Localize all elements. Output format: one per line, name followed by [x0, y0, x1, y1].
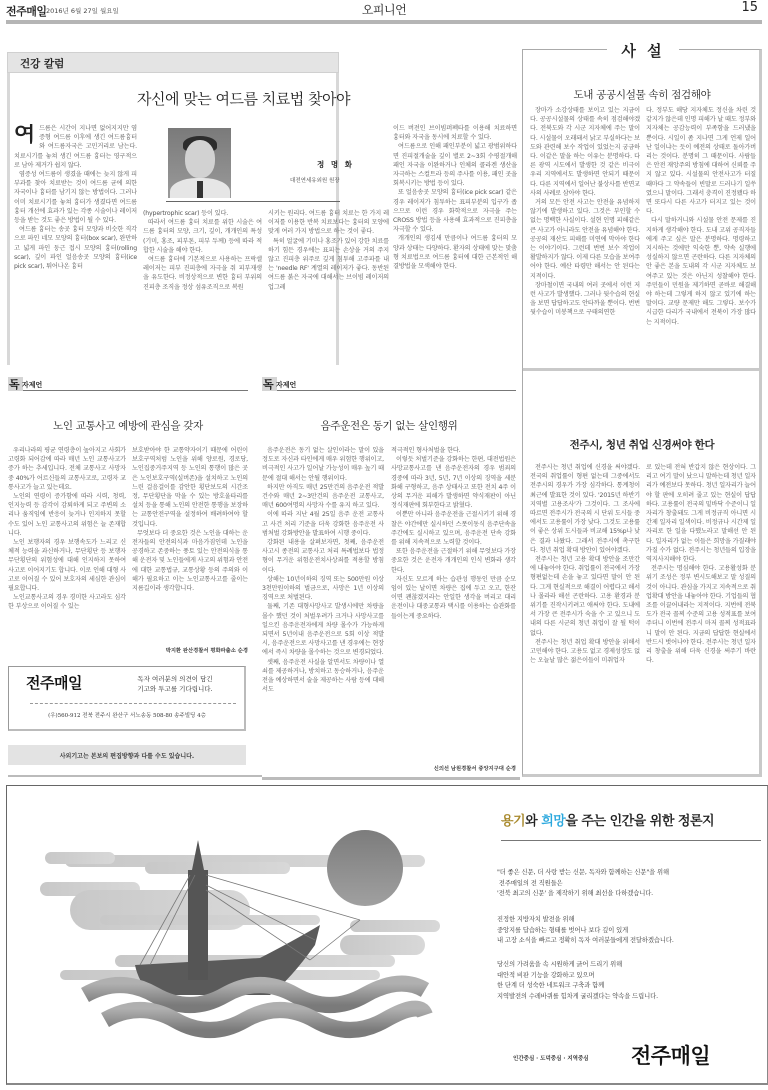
section-divider	[262, 777, 520, 780]
page-number: 15	[741, 0, 758, 15]
author-name: 정 명 화	[317, 159, 354, 170]
ad-headline-courage: 용기	[501, 814, 525, 829]
ad-line: 지역발전의 수레바퀴를 힘차게 굴리겠다는 약속을 드립니다.	[497, 992, 658, 1003]
reader-section-header-right: 독 자제언	[262, 377, 516, 391]
reader-right-col2: 적극적인 형사처벌을 한다. 이렇듯 처벌기준을 강화하는 한편, 대전법원은 …	[391, 446, 516, 760]
editorial-1-col2: 다. 정부도 해당 지자체도 정신을 차린 것 같지가 않은데 인명 피해가 날…	[646, 106, 756, 418]
paragraph: 전주시는 청년 고용 확대 방안을 조만간에 내놓아야 한다. 취업률이 전국에…	[530, 555, 640, 638]
paragraph: 염증성 여드름이 생겼을 때에는 늦지 않게 피부과를 찾아 치료받는 것이 여…	[14, 170, 137, 225]
editorial-label: 사 설	[607, 40, 679, 61]
ad-headline-conjunction: 와	[525, 814, 541, 829]
submission-message-line1: 독자 여러분의 의견이 담긴	[120, 674, 230, 684]
ad-line: 한 단계 더 성숙한 네트워크 구축과 함께	[497, 981, 658, 992]
ad-headline-hope: 희망	[541, 814, 565, 829]
ad-slogan: 인간중심 · 도덕중심 · 지역중심	[513, 1054, 589, 1062]
reader-label-rest: 자제언	[276, 380, 296, 390]
paragraph: 자신도 모르게 하는 습관성 행동인 만큼 순모임이 있는 날이면 차량은 집에…	[391, 575, 516, 621]
health-column-header: 건강 칼럼	[7, 52, 339, 73]
ad-line: "더 좋은 신문, 더 사랑 받는 신문, 독자와 함께하는 신문"을 위해	[497, 868, 669, 879]
paragraph: 무엇보다 더 중요한 것은 노인을 대하는 운전자들의 안전의식과 마음가짐인데…	[132, 529, 248, 593]
paragraph: 거의 모든 안전 사고는 안전을 유념하지 않기에 발생하고 있다. 그것은 부…	[530, 198, 640, 281]
ad-paragraph-2: 진정한 지방자치 발전을 위해 중앙지를 답습하는 형태를 벗어나 보다 깊이 …	[497, 915, 674, 947]
submission-address: (우)560-912 전북 전주시 완산구 서노송동 508-80 송주빌딩 4…	[8, 711, 246, 719]
ad-line: 중앙지를 답습하는 형태를 벗어나 보다 깊이 있게	[497, 926, 674, 937]
sun-icon	[327, 830, 403, 906]
paragraph: 하지만 아직도 매년 25만건의 음주운전 적발 건수와 매년 2~3만건의 음…	[262, 483, 384, 511]
editorial-1-col1: 장마가 소강상태를 보이고 있는 지금이다. 공공시설물의 상태를 속히 점검해…	[530, 106, 640, 418]
ad-headline: 용기와 희망을 주는 인간을 위한 정론지	[501, 810, 714, 829]
paragraph: 다. 정부도 해당 지자체도 정신을 차린 것 같지가 않은데 인명 피해가 날…	[646, 107, 756, 215]
paragraph: 둘째, 기존 대형사망사고 발생시에만 차량을 몰수 했던 것이 처벌우려가 크…	[262, 602, 384, 657]
paragraph: 또 얼음송곳 모양의 흉터(ice pick scar) 같은 경우 레이저가 …	[393, 188, 517, 234]
author-role: 대전연세유외원 원장	[290, 176, 340, 184]
reader-label-initial: 독	[9, 376, 20, 392]
author-photo	[168, 128, 231, 198]
editorial-title-1: 도내 공공시설물 속히 점검해야	[522, 87, 762, 102]
paragraph: 장마철이면 국내의 여러 곳에서 이런 저런 사고가 발생했다. 그러나 뒷수습…	[530, 281, 640, 318]
paragraph: 이렇듯 처벌기준을 강화하는 한편, 대전법원은 사망교통사고를 낸 음주운전자…	[391, 455, 516, 510]
paragraph: 이뿐만 아니라 음주운전을 근절시키기 위해 경찰은 야간에만 실시하던 스폿이…	[391, 510, 516, 547]
submission-logo: 전주매일	[26, 672, 82, 693]
masthead-paper-name: 전주매일	[6, 3, 47, 19]
health-article-col4: 이드 버전인 브이빔퍼펙타를 이용해 치료하면 흉터와 자국을 동시에 치료할 …	[393, 124, 517, 354]
masthead-divider	[6, 20, 762, 24]
paragraph: 이드 버전인 브이빔퍼펙타를 이용해 치료하면 흉터와 자국을 동시에 치료할 …	[393, 125, 517, 141]
reader-left-title: 노인 교통사고 예방에 관심을 갖자	[8, 418, 248, 433]
section-title: 오피니언	[6, 1, 762, 18]
health-article-col2: (hypertrophic scar) 등이 있다. 따라서 여드름 흉터 치료…	[143, 209, 262, 355]
ad-headline-divider	[501, 840, 761, 841]
photo-face	[185, 140, 215, 178]
ship-illustration	[20, 830, 470, 1070]
ad-line: 진정한 지방자치 발전을 위해	[497, 915, 674, 926]
reader-right-credit: 신의선 남원경찰서 중앙지구대 순경	[391, 764, 516, 772]
drop-cap: 여	[14, 126, 35, 144]
ad-headline-rest: 을 주는 인간을 위한 정론지	[565, 814, 714, 829]
paragraph: 전주시는 명심해야 한다. 고용활성화 분위기 조성은 정부 변시도해보고 말 …	[646, 564, 756, 665]
health-article-col1: 여 드름은 시간이 지나면 없어지지만 염증형 여드름 이후에 생긴 여드름흉터…	[14, 124, 137, 364]
submission-message: 독자 여러분의 의견이 담긴 기고와 투고를 기다립니다.	[120, 674, 230, 694]
paragraph: 또한 음주운전을 근절하기 위해 무엇보다 가장 중요한 것은 운전자 개개인의…	[391, 547, 516, 575]
paragraph: 시키는 원리다. 여드름 흉터 치료는 한 가지 레이저를 이용한 반복 치료보…	[268, 210, 389, 235]
ad-logo: 전주매일	[631, 1040, 710, 1070]
paragraph: 노인교통사고의 경우 경미한 사고라도 심각한 부상으로 이어질 수 있는	[8, 593, 126, 611]
submission-divider	[30, 703, 236, 704]
paragraph: 셋째, 음주운전 사실을 알면서도 차량이나 열쇠를 제공하거나, 방치하고 동…	[262, 658, 384, 695]
health-column-label: 건강 칼럼	[20, 56, 64, 71]
waves-icon	[85, 984, 425, 1030]
paragraph: 상해는 10년이하의 징역 또는 500만원 이상 3천만원이하의 벌금으로, …	[262, 575, 384, 603]
disclaimer-text: 사외기고는 본보의 편집방향과 다를 수도 있습니다.	[8, 751, 246, 760]
ad-paragraph-3: 당신의 가려움을 속 시원하게 긁어 드리기 위해 대안적 비판 기능을 강화하…	[497, 960, 658, 1002]
paragraph: 노인의 연령이 증가함에 따라 시력, 청력, 인지능력 등 감각이 감퇴하게 …	[8, 492, 126, 538]
paragraph: 개개인의 생김새 만큼이나 여드름 흉터의 모양과 상태는 다양하다. 환자의 …	[393, 234, 517, 271]
reader-section-header-left: 독 자제언	[8, 377, 248, 391]
ad-line: 내 고장 소식을 빠르고 정확히 독자 여러분들에게 전달하겠습니다.	[497, 936, 674, 947]
reader-label-initial: 독	[263, 376, 274, 392]
paragraph: 여드름으로 인해 패인부분이 넓고 광범위하다면 진피절개술을 깊이 별로 2~…	[393, 142, 517, 188]
paragraph: 노인 보행자의 경우 보행속도가 느리고 신체적 능력을 과신하거나, 무단횡단…	[8, 538, 126, 593]
page-masthead: 전주매일 2016년 6월 27일 월요일 오피니언 15	[6, 0, 762, 22]
reader-left-credit: 박지환 완산경찰서 평화파출소 순경	[132, 646, 248, 654]
photo-tie	[197, 181, 203, 198]
health-article-title: 자신에 맞는 여드름 치료법 찾아야	[137, 88, 350, 109]
ad-line: '전북 최고의 신문' 을 제작하기 위해 최선을 다하겠습니다.	[497, 889, 669, 900]
paragraph: 로 있는데 전혀 반갑지 않은 현상이다. 그리고 여기 말이 났으니 말하는데…	[646, 464, 756, 563]
paragraph: 전주시는 청년 취업 확대 방안을 위해서 고민해야 한다. 고용도 없고 경제…	[530, 638, 640, 666]
editorial-2-col2: 로 있는데 전혀 반갑지 않은 현상이다. 그리고 여기 말이 났으니 말하는데…	[646, 463, 756, 768]
paragraph: 다시 말하거니와 시설물 안전 문제를 진지하게 생각해야 한다. 도내 고위 …	[646, 216, 756, 326]
ad-line: 당신의 가려움을 속 시원하게 긁어 드리기 위해	[497, 960, 658, 971]
reader-right-col1: 음주운전은 동기 없는 살인이라는 말이 있을 정도로 자신과 타인에게 매우 …	[262, 446, 384, 774]
paragraph: 우리나라의 평균 연령층이 높아지고 사회가 고령화 되어감에 따라 매년 노인…	[8, 446, 126, 492]
health-column-frame	[7, 73, 10, 365]
reader-left-col1: 우리나라의 평균 연령층이 높아지고 사회가 고령화 되어감에 따라 매년 노인…	[8, 446, 126, 658]
author-divider	[166, 201, 340, 202]
editorial-2-col1: 전주시는 청년 취업에 신경을 써야겠다. 전국의 취업률이 형편 없는데 그중…	[530, 463, 640, 768]
paragraph: 전주시는 청년 취업에 신경을 써야겠다. 전국의 취업률이 형편 없는데 그중…	[530, 463, 640, 555]
paragraph: 여드름 흉터에 기본적으로 사용하는 프락셀 레이저는 피부 진피층에 자극을 …	[143, 255, 262, 292]
paragraph: 따라서 여드름 흉터 치료를 위한 시술은 여드름 흉터의 모양, 크기, 깊이…	[143, 218, 262, 255]
section-divider	[8, 775, 262, 777]
paragraph: (hypertrophic scar) 등이 있다.	[143, 210, 228, 217]
paragraph: 특히 얼굴에 기미나 홍조가 있어 강한 치료를 하기 힘든 경우에는 표피는 …	[268, 237, 389, 292]
paragraph: 강화된 내용을 살펴보자면, 첫째, 음주운전 사고시 종전의 교통사고 처리 …	[262, 538, 384, 575]
health-article-col3: 시키는 원리다. 여드름 흉터 치료는 한 가지 레이저를 이용한 반복 치료보…	[268, 209, 389, 355]
ad-line: 전주매일의 전 직원들은	[497, 879, 669, 890]
paragraph: 보호받아야 한 교통약자이기 때문에 어린이보호구역처럼 노인을 위해 양로원,…	[132, 447, 248, 528]
paragraph: 적극적인 형사처벌을 한다.	[391, 447, 461, 454]
paragraph: 장마가 소강상태를 보이고 있는 지금이다. 공공시설물의 상태를 속히 점검해…	[530, 106, 640, 198]
ad-line: 대안적 비판 기능을 강화하고 있으며	[497, 971, 658, 982]
paragraph: 음주운전은 동기 없는 살인이라는 말이 있을 정도로 자신과 타인에게 매우 …	[262, 446, 384, 483]
reader-left-col2: 보호받아야 한 교통약자이기 때문에 어린이보호구역처럼 노인을 위해 양로원,…	[132, 446, 248, 644]
reader-label-rest: 자제언	[22, 380, 42, 390]
reader-right-title: 음주운전은 동기 없는 살인행위	[262, 418, 516, 433]
editorial-title-2: 전주시, 청년 취업 신경써야 한다	[522, 437, 762, 452]
paragraph: 이에 따라 지난 4월 25일 음주 운전 교통사고 사건 처리 기준을 더욱 …	[262, 510, 384, 538]
submission-message-line2: 기고와 투고를 기다립니다.	[120, 684, 230, 694]
paragraph: 여드름 흉터는 송곳 흉터 모양과 비슷한 직각으로 파인 네모 모양의 흉터(…	[14, 225, 137, 271]
ad-paragraph-1: "더 좋은 신문, 더 사랑 받는 신문, 독자와 함께하는 신문"을 위해 전…	[497, 868, 669, 900]
masthead-date: 2016년 6월 27일 월요일	[46, 6, 119, 15]
